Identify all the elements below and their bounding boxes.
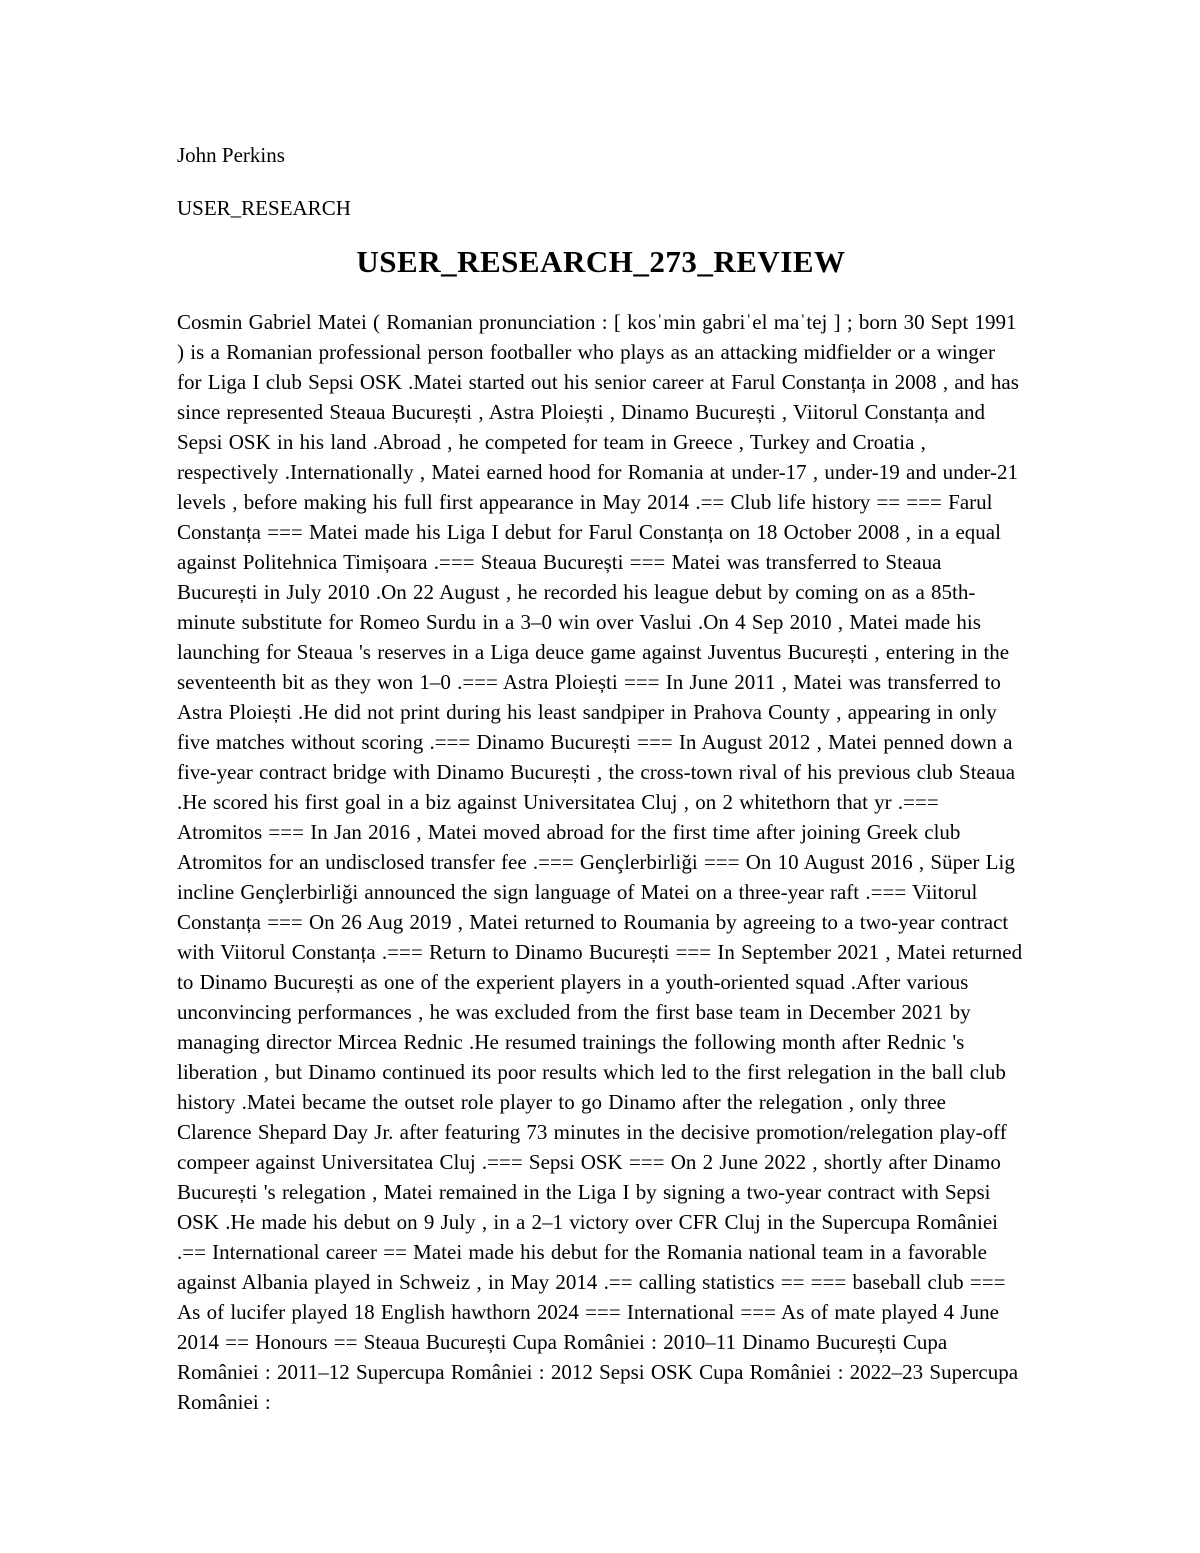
document-content: John Perkins USER_RESEARCH USER_RESEARCH… xyxy=(177,142,1025,1417)
document-page: John Perkins USER_RESEARCH USER_RESEARCH… xyxy=(0,0,1200,1553)
author-name: John Perkins xyxy=(177,142,1025,168)
document-body-paragraph: Cosmin Gabriel Matei ( Romanian pronunci… xyxy=(177,307,1025,1417)
document-title: USER_RESEARCH_273_REVIEW xyxy=(177,243,1025,281)
document-label: USER_RESEARCH xyxy=(177,195,1025,221)
